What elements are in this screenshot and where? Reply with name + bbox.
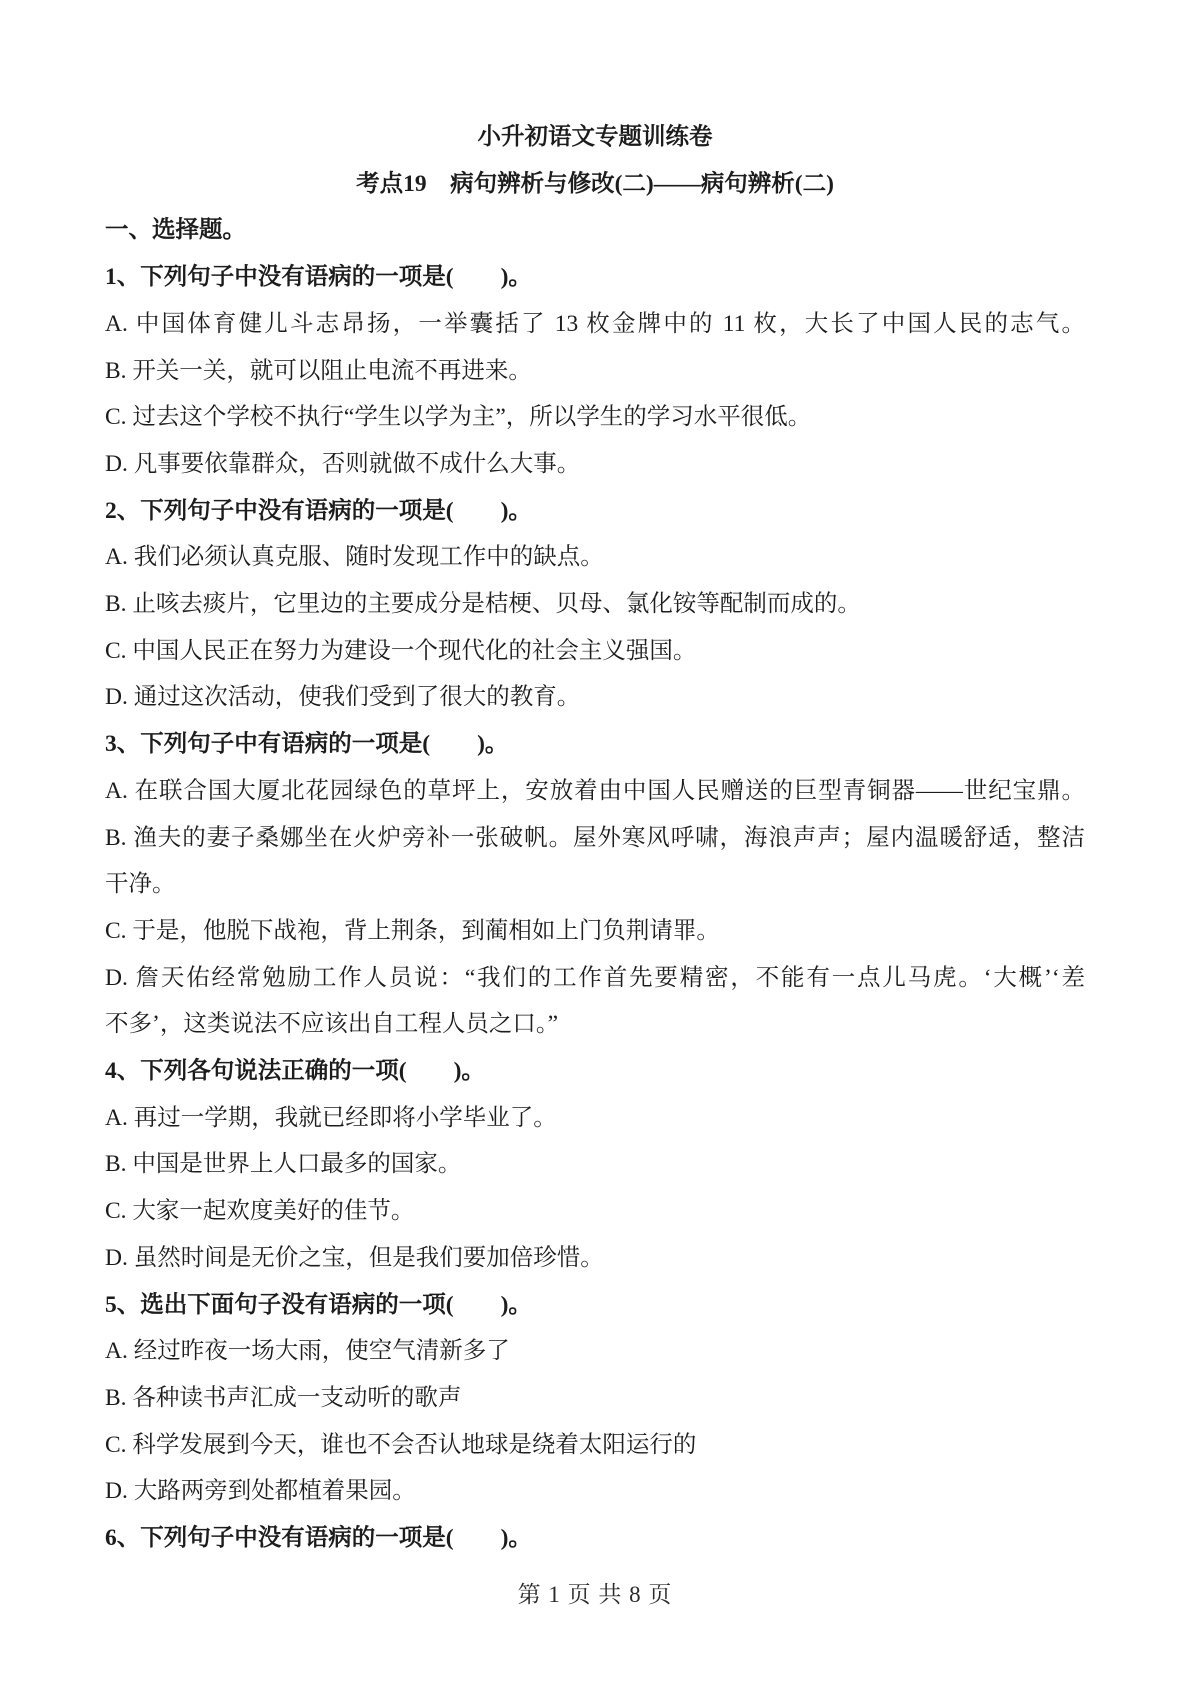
- option-a: A. 我们必须认真克服、随时发现工作中的缺点。: [105, 534, 1085, 581]
- page-title: 小升初语文专题训练卷: [105, 114, 1085, 161]
- question-stem: 5、选出下面句子没有语病的一项( )。: [105, 1282, 1085, 1329]
- option-c: C. 过去这个学校不执行“学生以学为主”，所以学生的学习水平很低。: [105, 394, 1085, 441]
- page-content: 小升初语文专题训练卷 考点19 病句辨析与修改(二)——病句辨析(二) 一、选择…: [0, 0, 1190, 1562]
- option-b: B. 止咳去痰片，它里边的主要成分是桔梗、贝母、氯化铵等配制而成的。: [105, 581, 1085, 628]
- option-b-line-1: B. 渔夫的妻子桑娜坐在火炉旁补一张破帆。屋外寒风呼啸，海浪声声；屋内温暖舒适，…: [105, 815, 1085, 862]
- option-b: B. 各种读书声汇成一支动听的歌声: [105, 1375, 1085, 1422]
- question-stem: 1、下列句子中没有语病的一项是( )。: [105, 254, 1085, 301]
- option-d-line-1: D. 詹天佑经常勉励工作人员说：“我们的工作首先要精密，不能有一点儿马虎。‘大概…: [105, 955, 1085, 1002]
- option-a: A. 再过一学期，我就已经即将小学毕业了。: [105, 1095, 1085, 1142]
- option-a: A. 中国体育健儿斗志昂扬，一举囊括了 13 枚金牌中的 11 枚，大长了中国人…: [105, 301, 1085, 348]
- option-b: B. 中国是世界上人口最多的国家。: [105, 1141, 1085, 1188]
- question-1: 1、下列句子中没有语病的一项是( )。 A. 中国体育健儿斗志昂扬，一举囊括了 …: [105, 254, 1085, 488]
- question-stem: 6、下列句子中没有语病的一项是( )。: [105, 1515, 1085, 1562]
- question-stem: 3、下列句子中有语病的一项是( )。: [105, 721, 1085, 768]
- option-d-line-2: 不多’，这类说法不应该出自工程人员之口。”: [105, 1001, 1085, 1048]
- section-heading: 一、选择题。: [105, 207, 1085, 254]
- option-d: D. 通过这次活动，使我们受到了很大的教育。: [105, 674, 1085, 721]
- option-c: C. 科学发展到今天，谁也不会否认地球是绕着太阳运行的: [105, 1422, 1085, 1469]
- question-3: 3、下列句子中有语病的一项是( )。 A. 在联合国大厦北花园绿色的草坪上，安放…: [105, 721, 1085, 1048]
- exam-page: 小升初语文专题训练卷 考点19 病句辨析与修改(二)——病句辨析(二) 一、选择…: [0, 0, 1190, 1682]
- option-d: D. 虽然时间是无价之宝，但是我们要加倍珍惜。: [105, 1235, 1085, 1282]
- option-c: C. 大家一起欢度美好的佳节。: [105, 1188, 1085, 1235]
- question-6: 6、下列句子中没有语病的一项是( )。: [105, 1515, 1085, 1562]
- question-4: 4、下列各句说法正确的一项( )。 A. 再过一学期，我就已经即将小学毕业了。 …: [105, 1048, 1085, 1282]
- page-subtitle: 考点19 病句辨析与修改(二)——病句辨析(二): [105, 161, 1085, 208]
- option-d: D. 凡事要依靠群众，否则就做不成什么大事。: [105, 441, 1085, 488]
- question-5: 5、选出下面句子没有语病的一项( )。 A. 经过昨夜一场大雨，使空气清新多了 …: [105, 1282, 1085, 1516]
- option-a: A. 在联合国大厦北花园绿色的草坪上，安放着由中国人民赠送的巨型青铜器——世纪宝…: [105, 768, 1085, 815]
- option-b-line-2: 干净。: [105, 861, 1085, 908]
- question-stem: 4、下列各句说法正确的一项( )。: [105, 1048, 1085, 1095]
- option-d: D. 大路两旁到处都植着果园。: [105, 1468, 1085, 1515]
- option-c: C. 中国人民正在努力为建设一个现代化的社会主义强国。: [105, 628, 1085, 675]
- option-c: C. 于是，他脱下战袍，背上荆条，到蔺相如上门负荆请罪。: [105, 908, 1085, 955]
- question-2: 2、下列句子中没有语病的一项是( )。 A. 我们必须认真克服、随时发现工作中的…: [105, 488, 1085, 722]
- page-footer: 第 1 页 共 8 页: [105, 1572, 1085, 1619]
- question-stem: 2、下列句子中没有语病的一项是( )。: [105, 488, 1085, 535]
- option-a: A. 经过昨夜一场大雨，使空气清新多了: [105, 1328, 1085, 1375]
- option-b: B. 开关一关，就可以阻止电流不再进来。: [105, 348, 1085, 395]
